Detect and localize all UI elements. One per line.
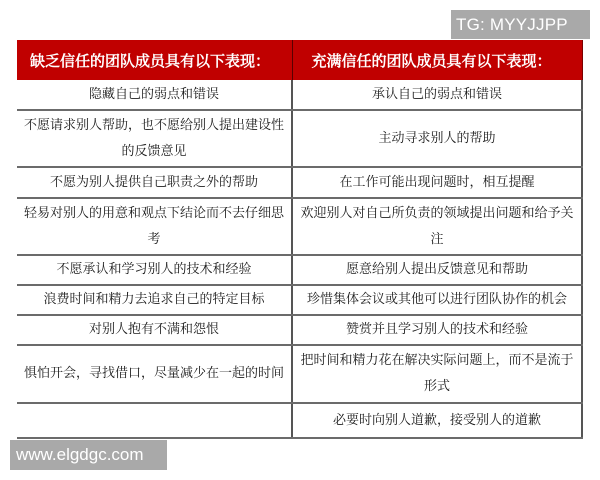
table-row: 必要时向别人道歉，接受别人的道歉	[17, 404, 583, 439]
table-header: 缺乏信任的团队成员具有以下表现： 充满信任的团队成员具有以下表现：	[17, 40, 583, 80]
table-row: 不愿承认和学习别人的技术和经验 愿意给别人提出反馈意见和帮助	[17, 256, 583, 286]
cell-lacking: 对别人抱有不满和怨恨	[17, 316, 293, 344]
cell-lacking: 浪费时间和精力去追求自己的特定目标	[17, 286, 293, 314]
cell-lacking: 轻易对别人的用意和观点下结论而不去仔细思考	[17, 199, 293, 254]
cell-lacking	[17, 404, 293, 437]
trust-comparison-table: 缺乏信任的团队成员具有以下表现： 充满信任的团队成员具有以下表现： 隐藏自己的弱…	[17, 40, 583, 439]
watermark-tg: TG: MYYJJPP	[451, 10, 590, 39]
cell-trusting: 赞赏并且学习别人的技术和经验	[293, 316, 583, 344]
cell-lacking: 不愿请求别人帮助，也不愿给别人提出建设性的反馈意见	[17, 111, 293, 166]
table-row: 隐藏自己的弱点和错误 承认自己的弱点和错误	[17, 80, 583, 111]
table-row: 浪费时间和精力去追求自己的特定目标 珍惜集体会议或其他可以进行团队协作的机会	[17, 286, 583, 316]
cell-trusting: 主动寻求别人的帮助	[293, 111, 583, 166]
cell-trusting: 在工作可能出现问题时，相互提醒	[293, 168, 583, 197]
cell-lacking: 隐藏自己的弱点和错误	[17, 80, 293, 109]
cell-trusting: 必要时向别人道歉，接受别人的道歉	[293, 404, 583, 437]
cell-trusting: 把时间和精力花在解决实际问题上，而不是流于形式	[293, 346, 583, 402]
cell-trusting: 珍惜集体会议或其他可以进行团队协作的机会	[293, 286, 583, 314]
watermark-url: www.elgdgc.com	[10, 440, 167, 470]
cell-trusting: 愿意给别人提出反馈意见和帮助	[293, 256, 583, 284]
cell-lacking: 不愿为别人提供自己职责之外的帮助	[17, 168, 293, 197]
header-full-trust: 充满信任的团队成员具有以下表现：	[293, 40, 582, 80]
table-row: 对别人抱有不满和怨恨 赞赏并且学习别人的技术和经验	[17, 316, 583, 346]
table-row: 不愿为别人提供自己职责之外的帮助 在工作可能出现问题时，相互提醒	[17, 168, 583, 199]
header-lacking-trust: 缺乏信任的团队成员具有以下表现：	[17, 40, 293, 80]
cell-lacking: 不愿承认和学习别人的技术和经验	[17, 256, 293, 284]
table-row: 惧怕开会，寻找借口，尽量减少在一起的时间 把时间和精力花在解决实际问题上，而不是…	[17, 346, 583, 404]
cell-trusting: 欢迎别人对自己所负责的领域提出问题和给予关注	[293, 199, 583, 254]
cell-lacking: 惧怕开会，寻找借口，尽量减少在一起的时间	[17, 346, 293, 402]
cell-trusting: 承认自己的弱点和错误	[293, 80, 583, 109]
table-row: 不愿请求别人帮助，也不愿给别人提出建设性的反馈意见 主动寻求别人的帮助	[17, 111, 583, 168]
table-row: 轻易对别人的用意和观点下结论而不去仔细思考 欢迎别人对自己所负责的领域提出问题和…	[17, 199, 583, 256]
